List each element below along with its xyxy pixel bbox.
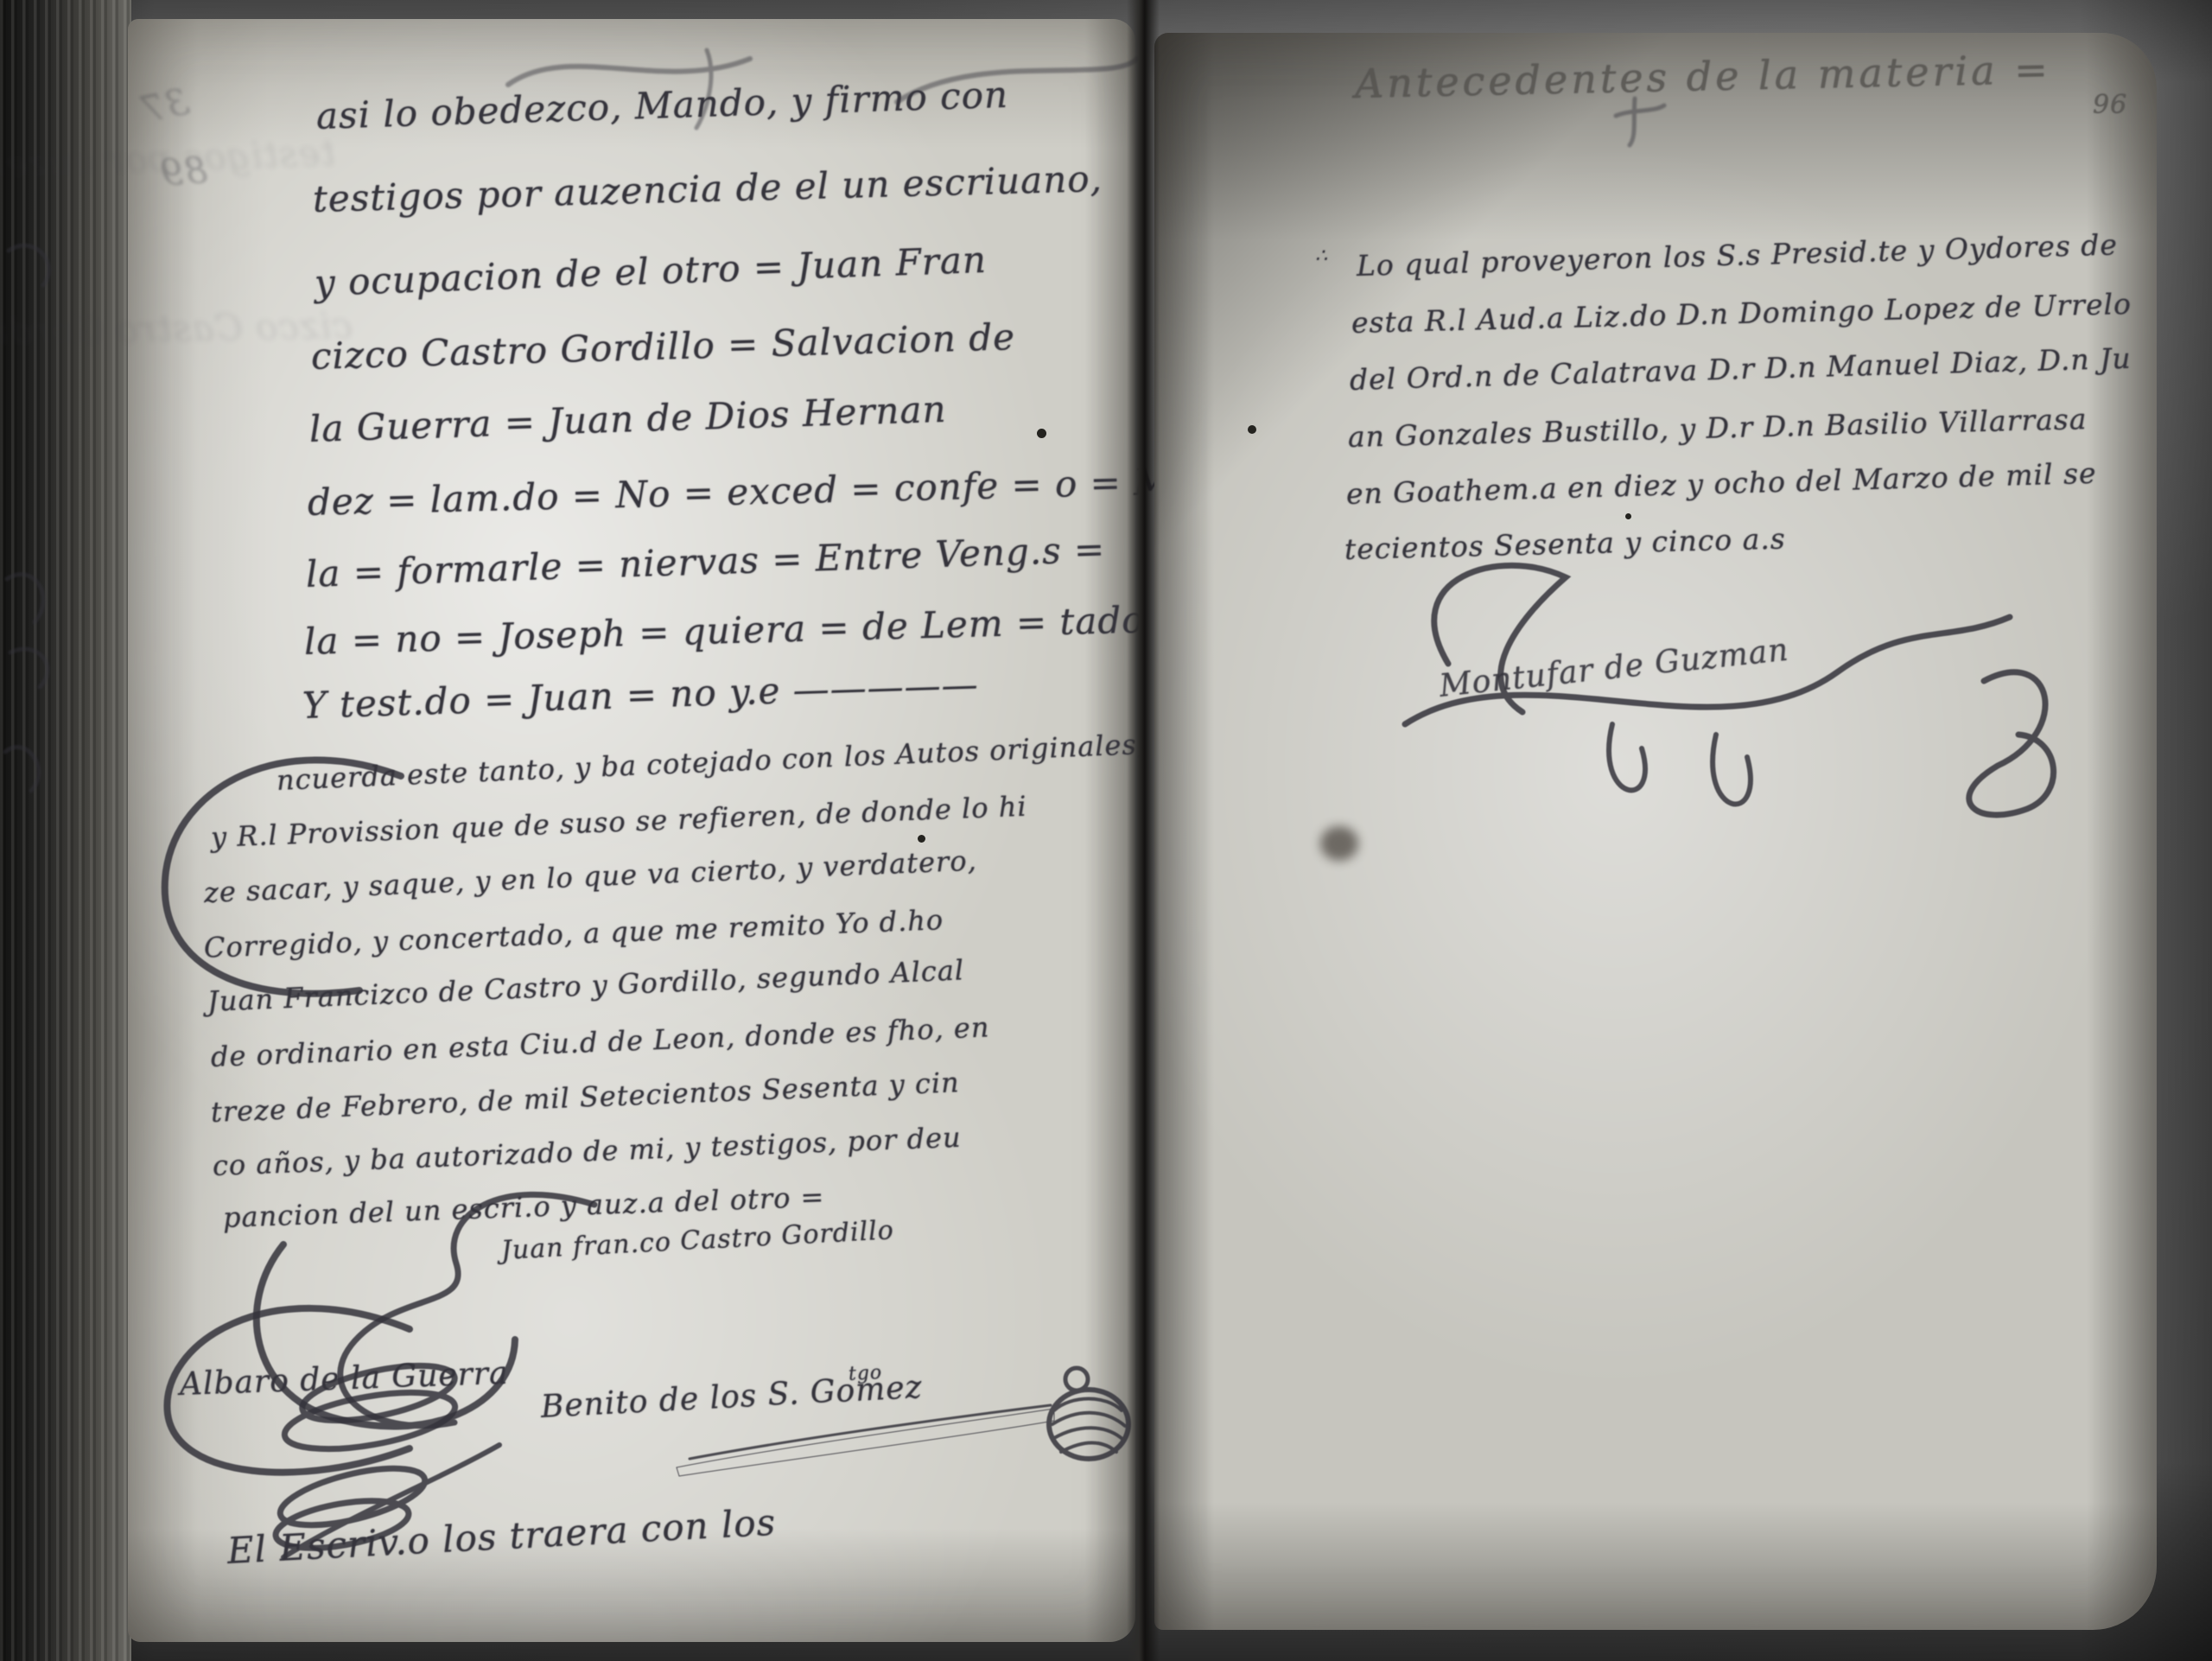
manuscript-line: del Ord.n de Calatrava D.r D.n Manuel Di… xyxy=(1349,341,2132,397)
paper-stain xyxy=(1320,826,1358,861)
manuscript-line: testigos por auzencia de el un escriuano… xyxy=(312,157,1103,220)
manuscript-line: Y test.do = Juan = no y.e ————— xyxy=(302,663,979,727)
manuscript-line: an Gonzales Bustillo, y D.r D.n Basilio … xyxy=(1348,402,2088,454)
manuscript-line: la = no = Joseph = quiera = de Lem = tad… xyxy=(303,595,1252,663)
manuscript-line: dez = lam.do = No = exced = confe = o = … xyxy=(307,459,1236,524)
right-page: Antecedentes de la materia = 96 ∴ Lo qua… xyxy=(1154,33,2157,1630)
ink-speck xyxy=(1037,429,1046,438)
quill-pen-drawing xyxy=(664,1357,1147,1495)
manuscript-line: treze de Febrero, de mil Setecientos Ses… xyxy=(210,1066,960,1129)
page-edge-scribbles xyxy=(0,216,78,821)
manuscript-line: y ocupacion de el otro = Juan Fran xyxy=(314,239,988,304)
folio-number: 96 xyxy=(2093,90,2127,120)
ink-speck xyxy=(1625,513,1631,519)
manuscript-line: Lo qual proveyeron los S.s Presid.te y O… xyxy=(1356,227,2118,283)
manuscript-line: ncuerda este tanto, y ba cotejado con lo… xyxy=(276,728,1147,797)
manuscript-line: esta R.l Aud.a Liz.do D.n Domingo Lopez … xyxy=(1351,287,2133,340)
manuscript-photo: 37 89 asi lo obedezco, Mando, y firmo co… xyxy=(0,0,2212,1661)
ink-speck xyxy=(1248,425,1256,434)
manuscript-line: la Guerra = Juan de Dios Hernan xyxy=(308,388,947,450)
faint-folio-number-top: 37 xyxy=(137,80,193,131)
ink-speck xyxy=(918,835,925,843)
margin-mark: ∴ xyxy=(1315,245,1328,267)
left-page: 37 89 asi lo obedezco, Mando, y firmo co… xyxy=(128,19,1135,1642)
manuscript-line: en Goathem.a en diez y ocho del Marzo de… xyxy=(1345,456,2097,511)
manuscript-line: la = formarle = niervas = Entre Veng.s = xyxy=(305,528,1106,595)
manuscript-line: cizco Castro Gordillo = Salvacion de xyxy=(310,315,1015,378)
book-spine xyxy=(0,0,131,1661)
page-header: Antecedentes de la materia = xyxy=(1354,46,2051,107)
bleed-through-ghost: cizco Castro Gordillo = Salvacion de xyxy=(0,304,353,359)
book-gutter-shadow xyxy=(1127,0,1160,1661)
